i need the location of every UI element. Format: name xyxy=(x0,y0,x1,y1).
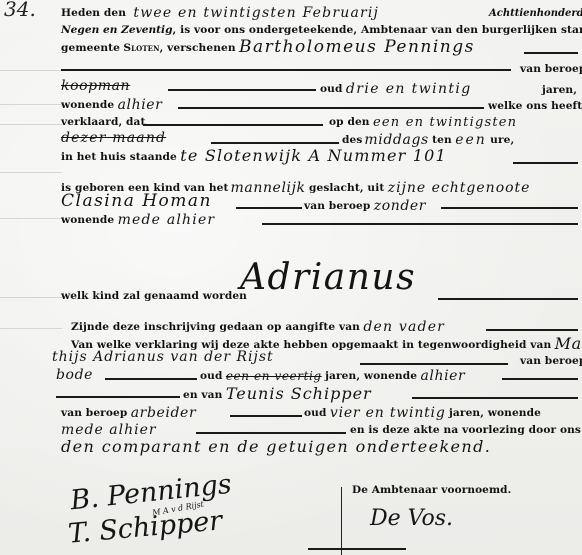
printed-text: , is voor ons ondergeteekende, Ambtenaar… xyxy=(173,24,582,36)
fill-line xyxy=(486,329,578,331)
handwritten-address: te Slotenwijk A Nummer 101 xyxy=(180,146,447,165)
official-label: De Ambtenaar voornoemd. xyxy=(352,484,511,497)
line-11: Clasina Homan xyxy=(61,194,212,209)
fill-line xyxy=(143,124,323,126)
handwritten-closing: den comparant en de getuigen onderteeken… xyxy=(61,437,491,456)
fill-line xyxy=(105,378,197,380)
printed-century: Achttienhonderd xyxy=(489,7,582,20)
line-17: bode xyxy=(56,368,93,382)
handwritten-witness2-occupation: arbeider xyxy=(131,405,197,421)
line-16: thijs Adrianus van der Rijst xyxy=(52,350,274,364)
handwritten-witness1-start: Mat xyxy=(555,334,582,353)
line-20: mede alhier xyxy=(61,423,157,437)
printed-text: welk kind zal genaamd worden xyxy=(61,290,247,302)
line-5: koopman xyxy=(61,79,130,93)
fill-line xyxy=(178,107,484,109)
margin-rule xyxy=(0,124,62,125)
printed-text: gemeente xyxy=(61,42,120,54)
printed-text: van beroep xyxy=(304,200,370,212)
printed-text: des xyxy=(342,134,362,146)
fill-line xyxy=(196,432,346,434)
handwritten-relation: zijne echtgenoote xyxy=(388,180,531,196)
fill-line xyxy=(524,52,578,54)
line-14: Zijnde deze inschrijving gedaan op aangi… xyxy=(71,320,445,334)
margin-rule xyxy=(0,218,62,219)
birth-certificate-page: 34. Heden den twee en twintigsten Februa… xyxy=(0,0,582,555)
fill-line xyxy=(360,363,508,365)
printed-text: Heden den xyxy=(61,7,126,19)
fill-line xyxy=(236,207,302,209)
handwritten-age: drie en twintig xyxy=(346,81,472,97)
printed-text: en van xyxy=(183,389,222,401)
margin-rule xyxy=(0,328,62,329)
fill-line xyxy=(513,162,578,164)
handwritten-witness2-name: Teunis Schipper xyxy=(226,384,372,403)
fill-line xyxy=(438,298,578,300)
printed-text: ure, xyxy=(490,134,514,146)
line-11-right: van beroep zonder xyxy=(304,199,426,213)
printed-text: jaren, wonende xyxy=(449,407,541,419)
handwritten-hour: een xyxy=(455,132,487,148)
line-17-right: oud een en veertig jaren, wonende alhier xyxy=(200,369,465,383)
line-2: Negen en Zeventig, is voor ons ondergete… xyxy=(61,24,582,37)
printed-text: jaren, wonende xyxy=(325,370,417,382)
margin-rule xyxy=(0,104,62,105)
margin-rule xyxy=(0,70,62,71)
signature-underline xyxy=(308,548,406,550)
handwritten-witness1-occupation: bode xyxy=(56,367,93,383)
printed-text: in het huis staande xyxy=(61,151,177,163)
line-18: en van Teunis Schipper xyxy=(183,386,372,402)
printed-text: jaren, xyxy=(542,84,577,97)
line-13: welk kind zal genaamd worden xyxy=(61,290,247,303)
line-9: in het huis staande te Slotenwijk A Numm… xyxy=(61,148,447,164)
printed-text: verklaard, dat xyxy=(61,116,146,129)
fill-line xyxy=(61,69,511,71)
record-number: 34. xyxy=(4,0,36,21)
signature-official: De Vos. xyxy=(370,506,453,531)
printed-text: wonende xyxy=(61,99,114,111)
fill-line xyxy=(262,223,578,225)
fill-line xyxy=(441,207,578,209)
fill-line xyxy=(502,378,578,380)
handwritten-witness2-age: vier en twintig xyxy=(330,405,446,421)
printed-text: op den xyxy=(329,116,370,128)
printed-text: van beroep xyxy=(61,407,127,419)
handwritten-day: een en twintigsten xyxy=(373,115,517,130)
line-12: wonende mede alhier xyxy=(61,213,215,227)
handwritten-mother-residence: mede alhier xyxy=(118,212,216,228)
printed-text: oud xyxy=(320,83,342,95)
handwritten-sex: mannelijk xyxy=(231,180,306,196)
printed-text: oud xyxy=(200,370,222,382)
printed-text: , verschenen xyxy=(160,42,236,54)
fill-line xyxy=(168,89,316,91)
fill-line xyxy=(56,396,180,398)
child-name-holder: Adrianus xyxy=(240,270,416,292)
printed-text: oud xyxy=(304,407,326,419)
handwritten-witness1-age: een en veertig xyxy=(226,369,322,383)
handwritten-child-name: Adrianus xyxy=(240,257,416,298)
fill-line xyxy=(412,397,578,399)
handwritten-witness1-name: thijs Adrianus van der Rijst xyxy=(52,349,274,365)
printed-text: wonende xyxy=(61,214,114,226)
line-7-right: op den een en twintigsten xyxy=(329,115,517,129)
printed-text: ten xyxy=(432,134,452,146)
margin-rule xyxy=(0,172,62,173)
printed-text: en is deze akte na voorlezing door ons xyxy=(350,424,581,437)
handwritten-occupation: koopman xyxy=(61,78,130,94)
printed-text: geslacht, uit xyxy=(309,182,384,194)
printed-year: Negen en Zeventig xyxy=(61,24,173,36)
line-19: van beroep arbeider xyxy=(61,406,196,420)
line-5-right: oud drie en twintig xyxy=(320,82,472,96)
line-3: gemeente Sloten, verschenen Bartholomeus… xyxy=(61,40,475,55)
line-8: dezer maand xyxy=(61,131,166,145)
handwritten-witness1-residence: alhier xyxy=(420,368,465,384)
signature-divider xyxy=(341,487,342,555)
handwritten-informant: den vader xyxy=(363,319,445,335)
fill-line xyxy=(211,142,339,144)
line-8-right: desmiddags ten een ure, xyxy=(342,133,514,147)
line-1: Heden den twee en twintigsten Februarij xyxy=(61,6,379,20)
printed-text: van beroep xyxy=(520,355,582,368)
handwritten-mother-occupation: zonder xyxy=(374,198,426,214)
line-19-right: oud vier en twintig jaren, wonende xyxy=(304,406,541,420)
line-6: wonende alhier xyxy=(61,98,162,112)
handwritten-residence: alhier xyxy=(118,97,163,113)
fill-line xyxy=(230,415,302,417)
line-21: den comparant en de getuigen onderteeken… xyxy=(61,439,491,455)
handwritten-declarant-name: Bartholomeus Pennings xyxy=(239,37,475,57)
handwritten-month: dezer maand xyxy=(61,130,166,146)
handwritten-mother-name: Clasina Homan xyxy=(61,191,212,211)
handwritten-date: twee en twintigsten Februarij xyxy=(133,5,379,21)
handwritten-witness2-residence: mede alhier xyxy=(61,422,157,438)
margin-rule xyxy=(0,297,62,298)
printed-text: van beroep xyxy=(520,63,582,76)
municipality-name: Sloten xyxy=(123,42,159,54)
printed-text: welke ons heeft xyxy=(488,100,582,113)
printed-text: Zijnde deze inschrijving gedaan op aangi… xyxy=(71,321,360,333)
